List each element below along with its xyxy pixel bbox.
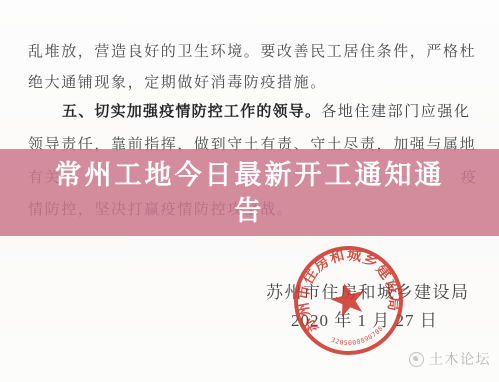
watermark: 土木论坛 (409, 349, 491, 369)
document-line: 绝大通铺现象，定期做好消毒防疫措施。 (28, 71, 327, 92)
heading-bold-text: 五、切实加强疫情防控工作的领导。 (62, 103, 321, 120)
notice-document-page: 乱堆放，营造良好的卫生环境。要改善民工居住条件，严格杜 绝大通铺现象，定期做好消… (0, 0, 499, 382)
headline-banner: 常州工地今日最新开工通知通 告 (0, 149, 499, 236)
seal-star-icon (328, 279, 369, 319)
headline-title-line1: 常州工地今日最新开工通知通 (55, 157, 445, 193)
document-line-heading: 五、切实加强疫情防控工作的领导。各地住建部门应强化 (62, 100, 471, 121)
official-seal: 苏州市住房和城乡建设局 3205000890708 (280, 232, 417, 369)
seal-serial-number: 3205000890708 (328, 323, 387, 352)
document-line: 乱堆放，营造良好的卫生环境。要改善民工居住条件，严格杜 (28, 40, 476, 61)
watermark-label: 土木论坛 (429, 349, 491, 369)
heading-rest-text: 各地住建部门应强化 (321, 104, 470, 120)
svg-text:3205000890708: 3205000890708 (328, 323, 387, 352)
forum-logo-icon (409, 352, 424, 367)
headline-title-line2: 告 (235, 193, 265, 229)
